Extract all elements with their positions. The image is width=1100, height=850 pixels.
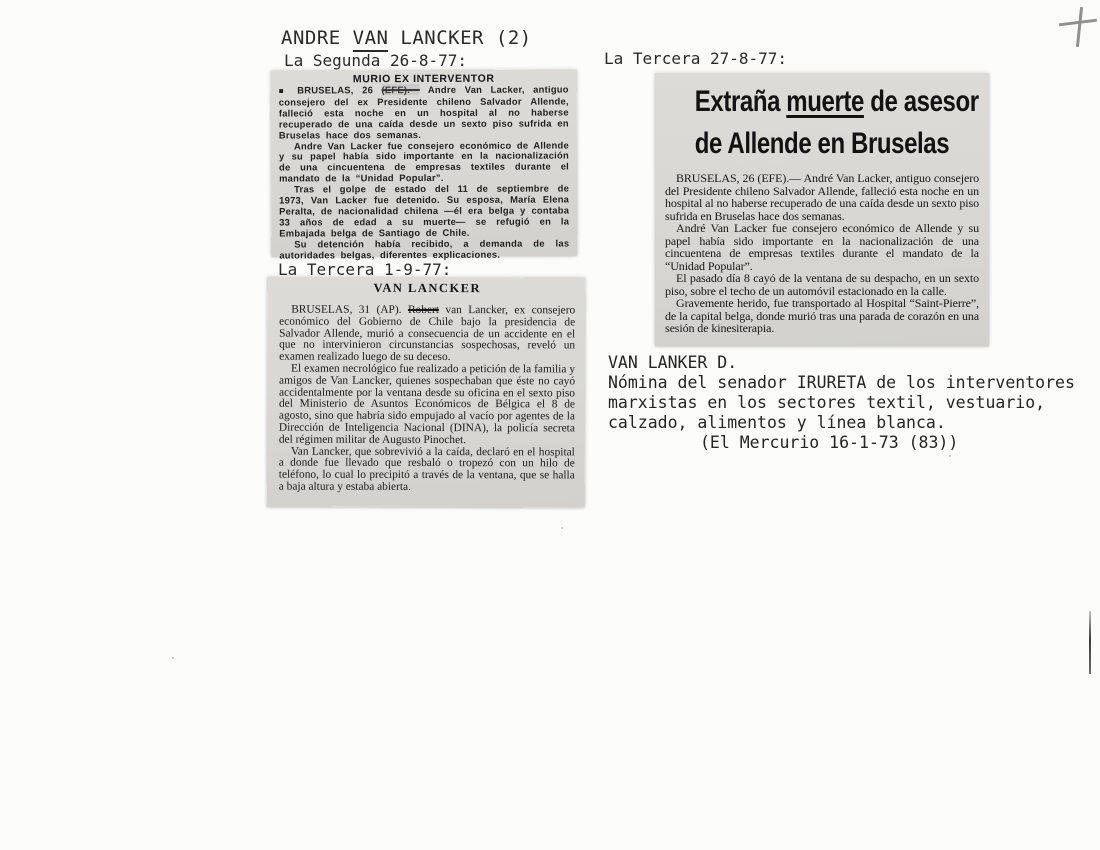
news-paragraph: ■ BRUSELAS, 26 (EFE).— Andre Van Lacker,… <box>279 84 569 141</box>
typed-note-title: VAN LANKER D. <box>608 353 1075 373</box>
dust-speck <box>561 527 563 529</box>
headline-post: de asesor <box>864 85 979 118</box>
news-paragraph: Su detención había recibido, a demanda d… <box>279 238 569 261</box>
clipping-headline-line2: de Allende en Bruselas <box>695 123 949 165</box>
headline-underlined-word: muerte <box>786 85 864 118</box>
dust-speck <box>172 657 174 659</box>
dateline: BRUSELAS, 26 <box>297 84 381 95</box>
source-label-la-segunda: La Segunda 26-8-77: <box>284 51 467 70</box>
news-paragraph: El pasado día 8 cayó de la ventana de su… <box>665 272 979 297</box>
headline-pre: Extraña <box>695 85 787 118</box>
news-paragraph: Tras el golpe de estado del 11 de septie… <box>279 184 569 240</box>
dust-speck <box>949 455 951 457</box>
scanned-document-page: ANDRE VAN LANCKER (2) La Segunda 26-8-77… <box>0 0 1100 850</box>
page-title-post: LANCKER (2) <box>388 27 531 49</box>
clipping-headline-line1: Extraña muerte de asesor <box>695 81 949 123</box>
news-paragraph: BRUSELAS, 31 (AP). Robert van Lancker, e… <box>279 305 575 365</box>
news-paragraph: Andre Van Lacker fue consejero económico… <box>279 140 569 185</box>
typed-note-citation: (El Mercurio 16-1-73 (83)) <box>608 433 1075 453</box>
page-title-pre: ANDRE <box>281 27 353 49</box>
clipping-body: BRUSELAS, 26 (EFE).— André Van Lacker, a… <box>663 172 981 335</box>
struck-word: Robert <box>408 304 439 316</box>
page-title-underlined-word: VAN <box>353 27 389 52</box>
clipping-la-tercera-sep: VAN LANCKER BRUSELAS, 31 (AP). Robert va… <box>267 277 586 508</box>
clipping-la-segunda: MURIO EX INTERVENTOR ■ BRUSELAS, 26 (EFE… <box>271 69 578 256</box>
news-paragraph: BRUSELAS, 26 (EFE).— André Van Lacker, a… <box>665 172 979 222</box>
typed-note-line: calzado, alimentos y línea blanca. <box>608 413 1075 433</box>
cross-vertical-stroke <box>1076 7 1083 47</box>
struck-agency-credit: (EFE).— <box>382 84 420 95</box>
typed-note-line: marxistas en los sectores textil, vestua… <box>608 393 1075 413</box>
typed-note-line: Nómina del senador IRURETA de los interv… <box>608 373 1075 393</box>
source-label-la-tercera-aug: La Tercera 27-8-77: <box>604 49 787 68</box>
news-paragraph: Gravemente herido, fue transportado al H… <box>665 297 979 335</box>
news-paragraph: André Van Lacker fue consejero económico… <box>665 222 979 272</box>
page-title: ANDRE VAN LANCKER (2) <box>281 27 532 49</box>
clipping-la-tercera-aug: Extraña muerte de asesor de Allende en B… <box>655 73 989 346</box>
scan-edge-artifact <box>1089 611 1091 674</box>
news-paragraph: El examen necrológico fue realizado a pe… <box>279 364 575 447</box>
registration-cross-icon <box>1056 4 1100 52</box>
typed-note: VAN LANKER D. Nómina del senador IRURETA… <box>608 353 1075 453</box>
news-paragraph: Van Lancker, que sobrevivió a la caída, … <box>279 446 575 494</box>
dateline: BRUSELAS, 31 (AP). <box>291 304 408 316</box>
square-bullet-icon: ■ <box>279 86 289 95</box>
clipping-headline: VAN LANCKER <box>279 281 575 297</box>
